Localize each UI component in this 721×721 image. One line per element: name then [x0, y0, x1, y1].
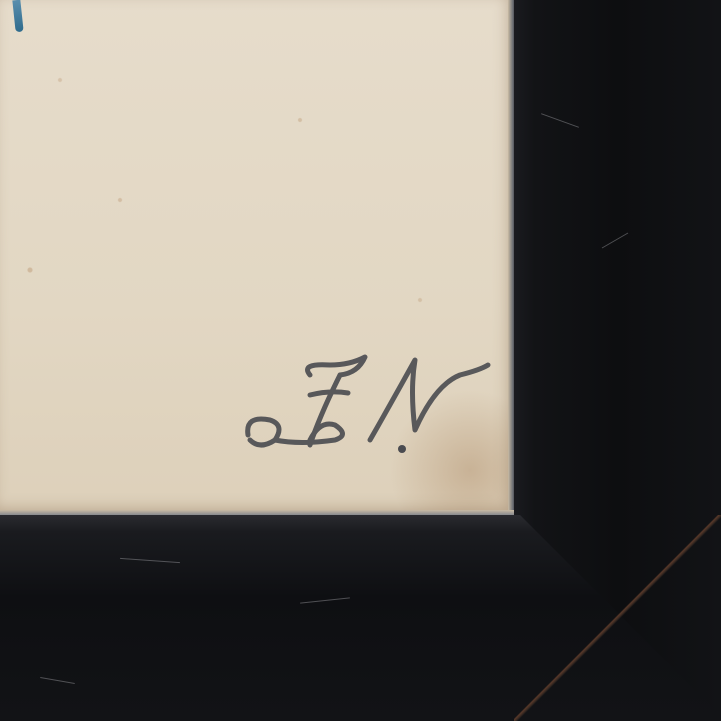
frame-miter-joint [514, 515, 721, 721]
signature-fn [240, 345, 500, 465]
